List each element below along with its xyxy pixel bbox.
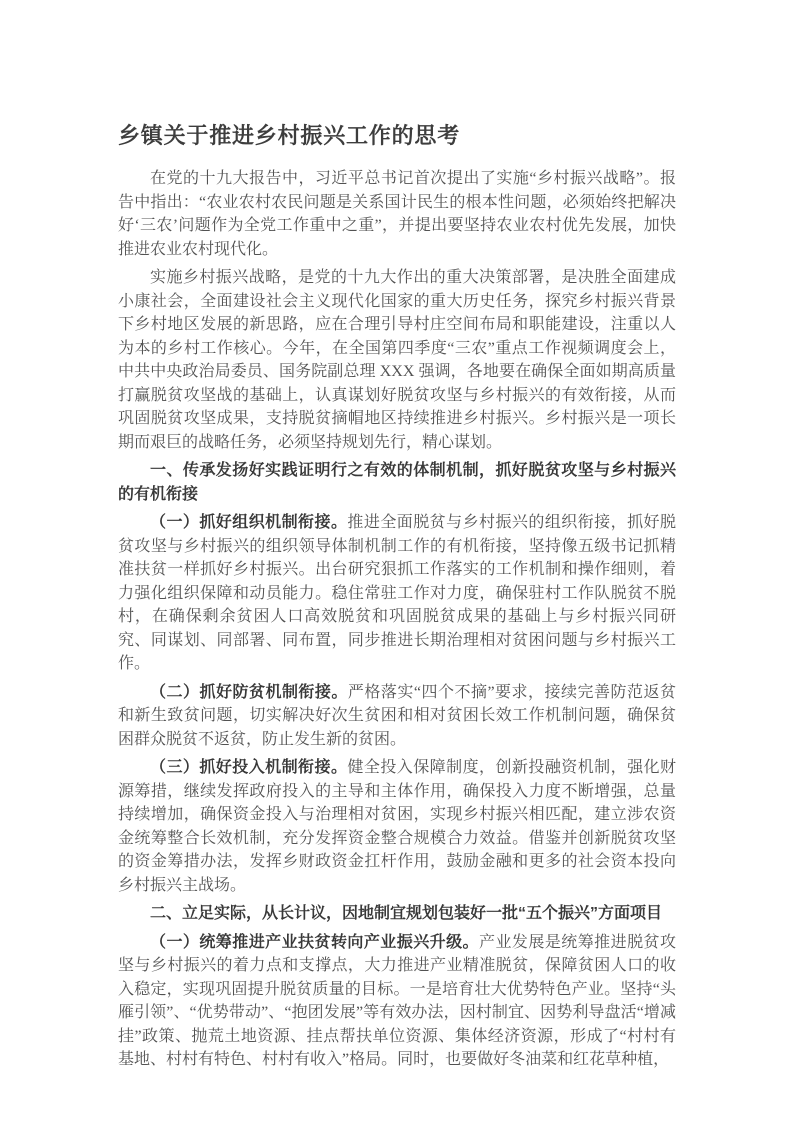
document-title: 乡镇关于推进乡村振兴工作的思考 bbox=[118, 121, 676, 151]
paragraph-lead-organization: （一）抓好组织机制衔接。 bbox=[150, 514, 347, 531]
paragraph-intro-1: 在党的十九大报告中，习近平总书记首次提出了实施“乡村振兴战略”。报告中指出：“农… bbox=[118, 167, 676, 261]
paragraph-investment-mechanism: （三）抓好投入机制衔接。健全投入保障制度，创新投融资机制，强化财源筹措，继续发挥… bbox=[118, 756, 676, 897]
paragraph-organization-mechanism: （一）抓好组织机制衔接。推进全面脱贫与乡村振兴的组织衔接，抓好脱贫攻坚与乡村振兴… bbox=[118, 511, 676, 676]
paragraph-lead-investment: （三）抓好投入机制衔接。 bbox=[150, 759, 347, 776]
paragraph-industry-upgrade: （一）统筹推进产业扶贫转向产业振兴升级。产业发展是统筹推进脱贫攻坚与乡村振兴的着… bbox=[118, 931, 676, 1072]
section-heading-2: 二、立足实际，从长计议，因地制宜规划包装好一批“五个振兴”方面项目 bbox=[118, 902, 676, 926]
section-heading-1: 一、传承发扬好实践证明行之有效的体制机制，抓好脱贫攻坚与乡村振兴的有机衔接 bbox=[118, 459, 676, 506]
paragraph-lead-industry: （一）统筹推进产业扶贫转向产业振兴升级。 bbox=[150, 934, 479, 951]
paragraph-text-investment: 健全投入保障制度，创新投融资机制，强化财源筹措，继续发挥政府投入的主导和主体作用… bbox=[118, 759, 676, 894]
paragraph-text-industry: 产业发展是统筹推进脱贫攻坚与乡村振兴的着力点和支撑点，大力推进产业精准脱贫，保障… bbox=[118, 934, 676, 1069]
paragraph-intro-2: 实施乡村振兴战略，是党的十九大作出的重大决策部署，是决胜全面建成小康社会，全面建… bbox=[118, 266, 676, 454]
paragraph-text-organization: 推进全面脱贫与乡村振兴的组织衔接，抓好脱贫攻坚与乡村振兴的组织领导体制机制工作的… bbox=[118, 514, 676, 672]
paragraph-lead-poverty-prevention: （二）抓好防贫机制衔接。 bbox=[150, 684, 348, 701]
paragraph-poverty-prevention-mechanism: （二）抓好防贫机制衔接。严格落实“四个不摘”要求，接续完善防范返贫和新生致贫问题… bbox=[118, 681, 676, 752]
document-page: 乡镇关于推进乡村振兴工作的思考 在党的十九大报告中，习近平总书记首次提出了实施“… bbox=[0, 0, 793, 1122]
